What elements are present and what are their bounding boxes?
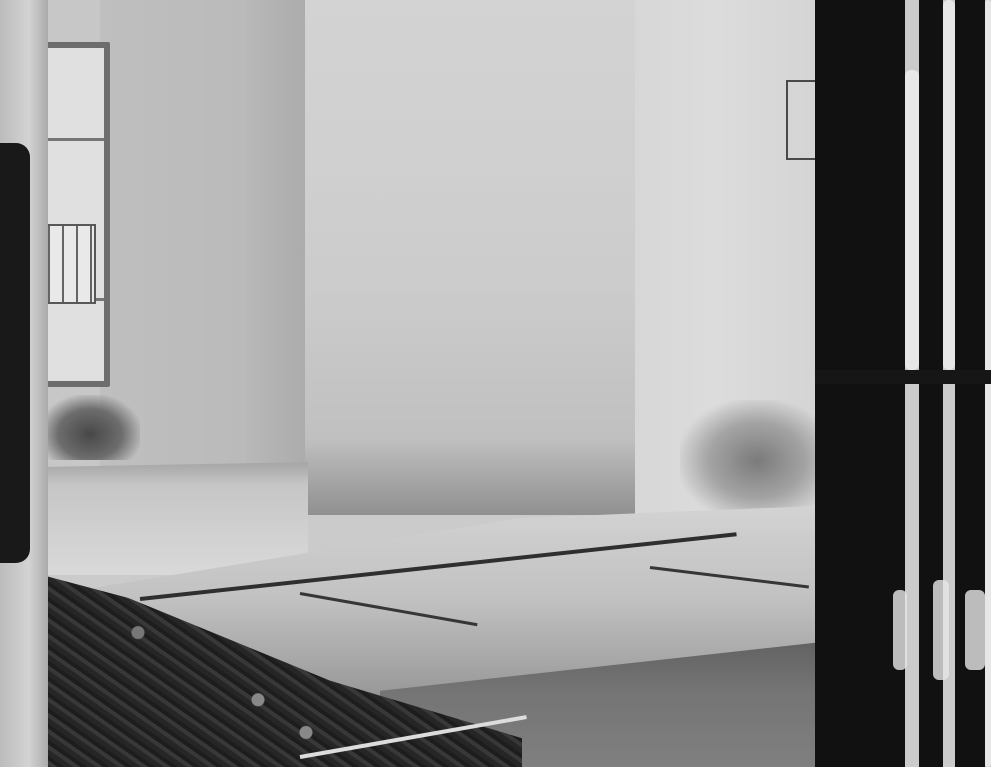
damp-stain bbox=[40, 395, 140, 460]
window-ledge bbox=[38, 455, 308, 575]
back-wall bbox=[300, 0, 640, 515]
door-frame-shadow bbox=[0, 143, 30, 563]
gate-rail bbox=[815, 370, 991, 384]
gate-gap bbox=[893, 590, 907, 670]
gate-gap bbox=[943, 0, 955, 370]
wooden-gate bbox=[815, 0, 991, 767]
photograph bbox=[0, 0, 991, 767]
gate-gap bbox=[933, 580, 949, 680]
gate-gap bbox=[965, 590, 985, 670]
damp-stain bbox=[680, 400, 820, 510]
gate-gap bbox=[905, 70, 919, 370]
